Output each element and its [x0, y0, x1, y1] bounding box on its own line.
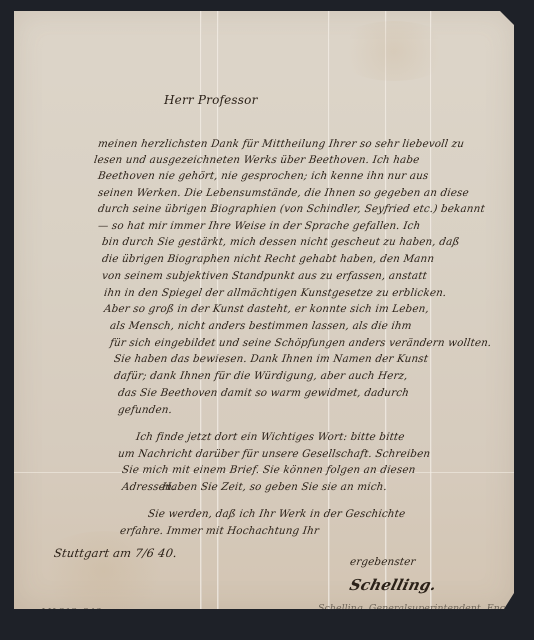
- letter-line: dafür; dank Ihnen für die Würdigung, abe…: [113, 370, 408, 382]
- letter-line: lesen und ausgezeichneten Werks über Bee…: [93, 154, 420, 166]
- letter-line: von seinem subjektiven Standpunkt aus zu…: [101, 270, 428, 282]
- fold-line: [430, 11, 432, 609]
- letter-line: Aber so groß in der Kunst dasteht, er ko…: [103, 303, 430, 315]
- letter-line: — so hat mir immer Ihre Weise in der Spr…: [97, 220, 421, 232]
- letter-line: ihn in den Spiegel der allmächtigen Kuns…: [103, 287, 447, 299]
- pencil-note: Schelling. Generalsuperintendent. Encycl…: [318, 603, 534, 614]
- letter-line: Sie werden, daß ich Ihr Werk in der Gesc…: [147, 508, 406, 520]
- letter-line: das Sie Beethoven damit so warm gewidmet…: [117, 387, 410, 399]
- letter-line: Sie haben das bewiesen. Dank Ihnen im Na…: [113, 353, 429, 365]
- letter-paper: Herr Professor meinen herzlichsten Dank …: [14, 11, 514, 609]
- letter-line: meinen herzlichsten Dank für Mittheilung…: [97, 138, 465, 150]
- place-date: Stuttgart am 7/6 40.: [53, 546, 178, 560]
- letter-line: bin durch Sie gestärkt, mich dessen nich…: [101, 236, 460, 248]
- closing: ergebenster: [349, 556, 416, 568]
- letter-line: gefunden.: [117, 404, 173, 416]
- letter-line: Beethoven nie gehört, nie gesprochen; ic…: [97, 170, 429, 182]
- paper-stain: [34, 531, 174, 611]
- letter-line: durch seine übrigen Biographien (von Sch…: [97, 203, 485, 215]
- letter-line: die übrigen Biographen nicht Recht gehab…: [101, 253, 435, 265]
- salutation: Herr Professor: [164, 93, 258, 107]
- letter-line: erfahre. Immer mit Hochachtung Ihr: [119, 525, 320, 537]
- letter-line: Sie mich mit einem Brief. Sie können fol…: [121, 464, 416, 476]
- letter-line: Ich finde jetzt dort ein Wichtiges Wort:…: [135, 431, 405, 443]
- archive-number: LH 213, 246: [41, 607, 101, 618]
- letter-line: seinen Werken. Die Lebensumstände, die I…: [97, 187, 470, 199]
- letter-line: als Mensch, nicht anders bestimmen lasse…: [109, 320, 412, 332]
- signature: Schelling.: [348, 576, 439, 594]
- letter-line: für sich eingebildet und seine Schöpfung…: [109, 337, 492, 349]
- letter-line: um Nachricht darüber für unsere Gesellsc…: [117, 448, 431, 460]
- letter-line: Haben Sie Zeit, so geben Sie sie an mich…: [161, 481, 388, 493]
- paper-stain: [334, 21, 454, 81]
